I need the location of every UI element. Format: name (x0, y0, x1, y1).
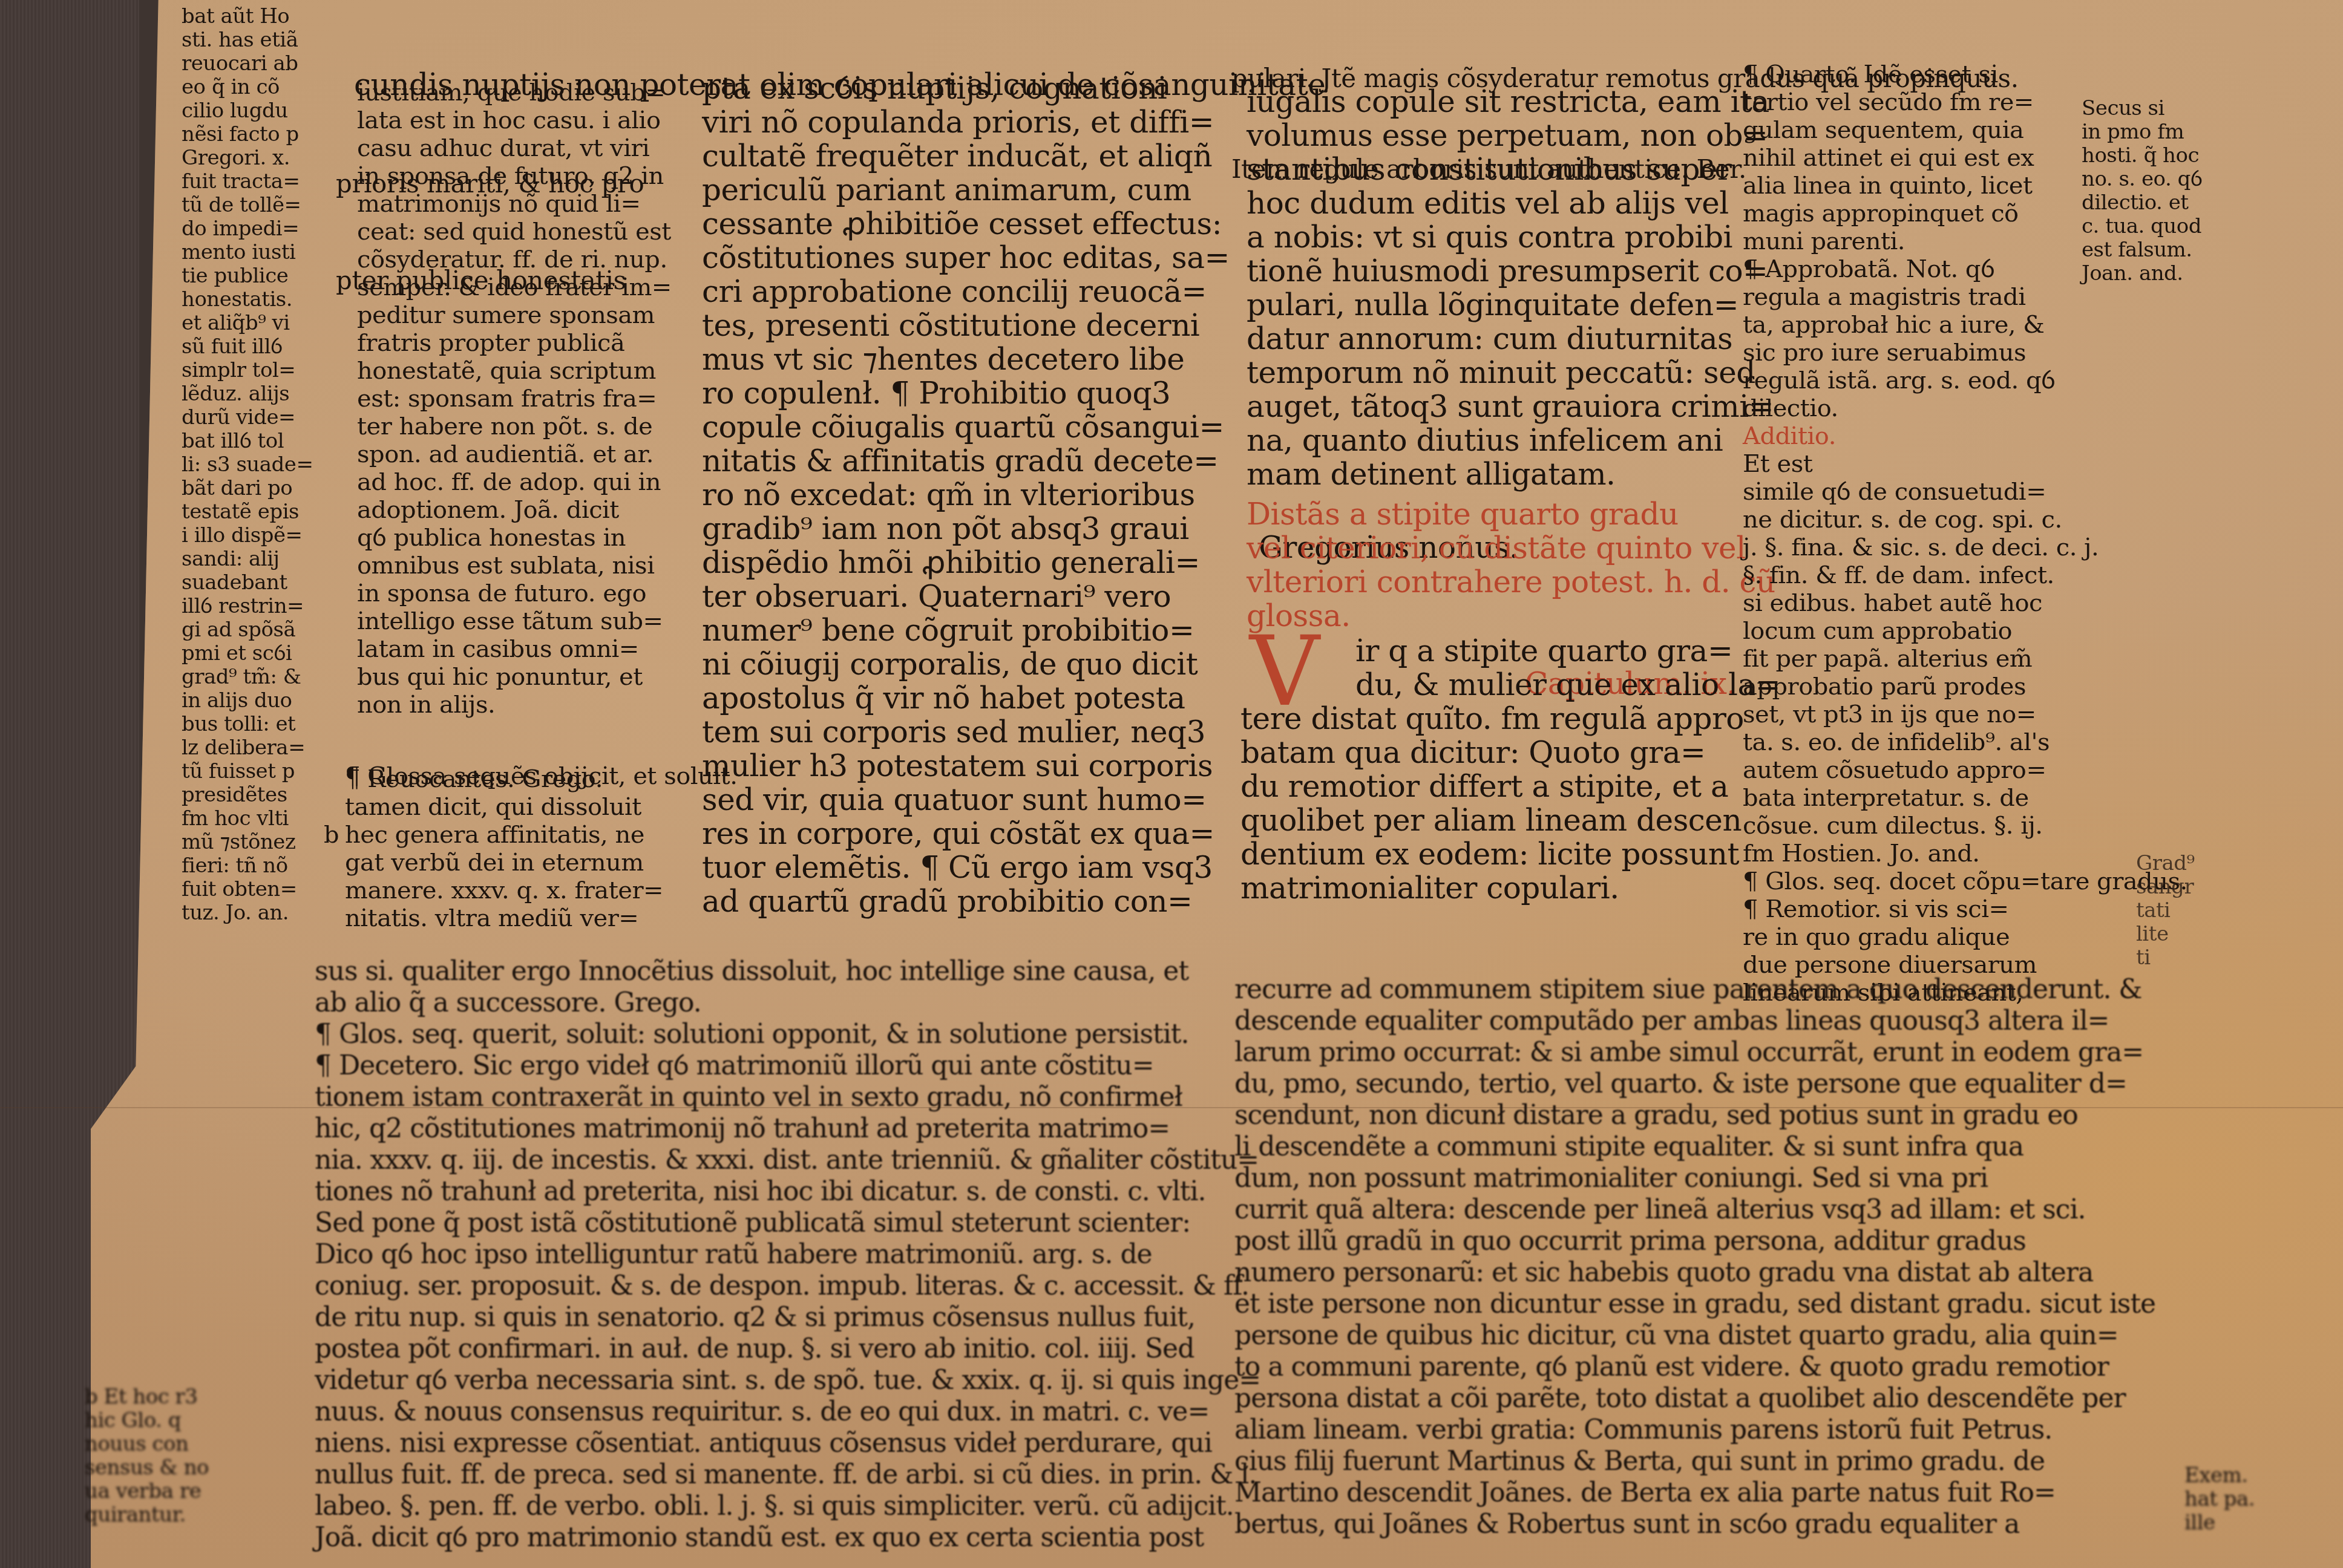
text-line: ¶ Remotior. si vis sci= (1743, 895, 2187, 923)
text-line: postea põt confirmari. in auł. de nup. §… (315, 1333, 1260, 1365)
text-line: bat illỽ tol (182, 430, 313, 453)
text-line: matrimonijs nõ quid li= (357, 190, 672, 218)
text-line: cultatẽ frequẽter inducãt, et aliqñ (702, 139, 1230, 173)
text-line: ter habere non põt. s. de (357, 413, 672, 440)
footnote-marker: b (324, 821, 339, 849)
text-line: j. §. fina. & sic. s. de deci. c. j. (1743, 534, 2187, 561)
text-line: tionem istam contraxerãt in quinto vel i… (315, 1082, 1260, 1113)
text-line: bat aũt Ho (182, 5, 313, 28)
text-line: cõstitutiones super hoc editas, sa= (702, 241, 1230, 275)
text-line: adoptionem. Joã. dicit (357, 496, 672, 524)
text-line: honestatis. (182, 288, 313, 312)
bottom-right-side-note: Exem.hat pa.ille (2184, 1464, 2255, 1535)
text-line: tuor elemẽtis. ¶ Cũ ergo iam vsq3 (702, 851, 1230, 884)
text-line: Grad⁹ (2136, 852, 2195, 875)
text-line: videtur qỽ verba necessaria sint. s. de … (315, 1365, 1260, 1396)
text-line: nuus. & nouus consensus requiritur. s. d… (315, 1396, 1260, 1428)
text-line: presidẽtes (182, 783, 313, 807)
text-line: dispẽdio hmõi ꝓhibitio generali= (702, 546, 1230, 580)
text-line: lite (2136, 923, 2195, 946)
text-line: regula a magistris tradi (1743, 283, 2187, 311)
text-line: set, vt pt3 in ijs que no= (1743, 701, 2187, 728)
text-line: honestatẽ, quia scriptum (357, 357, 672, 385)
text-line: locum cum approbatio (1743, 617, 2187, 645)
text-line: est: sponsam fratris fra= (357, 385, 672, 413)
text-line: Dico qỽ hoc ipso intelliguntur ratũ habe… (315, 1239, 1260, 1270)
text-line: do impedi= (182, 217, 313, 241)
text-line: hat pa. (2184, 1488, 2255, 1511)
text-line: simplr tol= (182, 359, 313, 382)
text-line: latam in casibus omni= (357, 635, 672, 663)
text-line: §. fin. & ff. de dam. infect. (1743, 561, 2187, 589)
text-line: batam qua dicitur: Quoto gra= (1240, 736, 1780, 769)
text-line: hec genera affinitatis, ne (345, 821, 663, 849)
text-line: bertus, qui Joãnes & Robertus sunt in sc… (1234, 1509, 2155, 1540)
text-line: est falsum. (2082, 238, 2202, 262)
text-line: ne dicitur. s. de cog. spi. c. (1743, 506, 2187, 534)
text-line: approbatio parũ prodes (1743, 673, 2187, 701)
text-line: labeo. §. pen. ff. de verbo. obli. l. j.… (315, 1491, 1260, 1522)
text-line: ab alio q̃ a successore. Grego. (315, 987, 1260, 1019)
text-line: suadebant (182, 571, 313, 595)
text-line: persone de quibus hic dicitur, cũ vna di… (1234, 1320, 2155, 1351)
text-line: vlteriori contrahere potest. h. d. cũ (1247, 565, 1775, 599)
text-line: ad quartũ gradũ probibitio con= (702, 884, 1230, 918)
text-line: cilio lugdu (182, 99, 313, 123)
text-line: nouus con (85, 1432, 209, 1456)
text-line: illỽ restrin= (182, 595, 313, 618)
text-line: nia. xxxv. q. iij. de incestis. & xxxi. … (315, 1145, 1260, 1176)
text-line: semper. & ideo frater im= (357, 273, 672, 301)
text-line: numer⁹ bene cõgruit probibitio= (702, 613, 1230, 647)
revocantes-gloss: ¶ Reuocantes. Grego.tamen dicit, qui dis… (345, 765, 663, 932)
text-line: fuit obten= (182, 878, 313, 901)
text-line: si edibus. habet autẽ hoc (1743, 589, 2187, 617)
text-line: gradib⁹ iam non põt absq3 graui (702, 512, 1230, 546)
text-line: ¶ Glos. seq. docet cõpu=tare gradus. (1743, 867, 2187, 895)
right-margin-fragment: Grad⁹sangrtatiliteti (2136, 852, 2195, 970)
text-line: sic pro iure seruabimus (1743, 339, 2187, 367)
text-line: apostolus q̃ vir nõ habet potesta (702, 681, 1230, 715)
text-line: res in corpore, qui cõstãt ex qua= (702, 817, 1230, 851)
text-line: cri approbatione concilij reuocã= (702, 275, 1230, 309)
text-line: hic, q2 cõstitutiones matrimonij nõ trah… (315, 1113, 1260, 1145)
text-line: pta ex scỽis nuptijs, cognationi (702, 71, 1230, 105)
text-line: hosti. q̃ hoc (2082, 144, 2202, 168)
main-text-column-a: pta ex scỽis nuptijs, cognationiviri nõ … (702, 71, 1230, 918)
text-line: Secus si (2082, 97, 2202, 120)
text-line: mus vt sic ⁊hentes decetero libe (702, 342, 1230, 376)
text-line: tũ de tollẽ= (182, 194, 313, 217)
text-line: li: s3 suade= (182, 453, 313, 477)
text-line: tere distat quĩto. fm regulã appro (1240, 702, 1780, 736)
text-line: b Et hoc r3 (85, 1385, 209, 1409)
text-line: lẽduz. alijs (182, 382, 313, 406)
text-line: fm Hostien. Jo. and. (1743, 840, 2187, 867)
text-line: tes, presenti cõstitutione decerni (702, 309, 1230, 342)
main-text-column-b: iugalis copule sit restricta, eam itavol… (1247, 85, 1774, 491)
text-line: coniug. ser. proposuit. & s. de despon. … (315, 1270, 1260, 1302)
text-line: Exem. (2184, 1464, 2255, 1488)
text-line: post illũ gradũ in quo occurrit prima pe… (1234, 1226, 2155, 1257)
text-line: bata interpretatur. s. de (1743, 784, 2187, 812)
text-line: datur annorum: cum diuturnitas (1247, 322, 1774, 356)
text-line: eo q̃ in cõ (182, 76, 313, 99)
text-line: mulier h3 potestatem sui corporis (702, 749, 1230, 783)
text-line: fuit tracta= (182, 170, 313, 194)
text-line: no. s. eo. qỽ (2082, 168, 2202, 191)
text-line: tũ fuisset p (182, 760, 313, 783)
text-line: ¶ Glos. seq. querit, soluit: solutioni o… (315, 1019, 1260, 1050)
text-line: dilectio. et (2082, 191, 2202, 215)
text-line: pmi et scỽi (182, 642, 313, 665)
text-line: to a communi parente, qỽ planũ est vider… (1234, 1351, 2155, 1383)
text-line: dentium ex eodem: licite possunt (1240, 837, 1780, 871)
text-line: copule cõiugalis quartũ cõsangui= (702, 410, 1230, 444)
text-line: hic Glo. q (85, 1409, 209, 1432)
text-line: bãt dari po (182, 477, 313, 500)
text-line: tiones nõ trahunł ad preterita, nisi hoc… (315, 1176, 1260, 1207)
text-line: Joan. and. (2082, 262, 2202, 286)
text-line: nitatis & affinitatis gradũ decete= (702, 444, 1230, 478)
text-line: fratris propter publicã (357, 329, 672, 357)
text-line: Joã. dicit qỽ pro matrimonio standũ est.… (315, 1522, 1260, 1553)
text-line: spon. ad audientiã. et ar. (357, 440, 672, 468)
text-line: lata est in hoc casu. i alio (357, 106, 672, 134)
text-line: viri nõ copulanda prioris, et diffi= (702, 105, 1230, 139)
text-line: aliam lineam. verbi gratia: Communis par… (1234, 1414, 2155, 1446)
text-line: quirantur. (85, 1503, 209, 1527)
text-line: mũ ⁊stõnez (182, 831, 313, 854)
text-line: Et est (1743, 450, 2187, 478)
text-line: mento iusti (182, 241, 313, 264)
text-line: sus si. qualiter ergo Innocẽtius dissolu… (315, 956, 1260, 987)
text-line: de ritu nup. si quis in senatorio. q2 & … (315, 1302, 1260, 1333)
text-line: nullus fuit. ff. de preca. sed si manent… (315, 1459, 1260, 1491)
text-line: et iste persone non dicuntur esse in gra… (1234, 1289, 2155, 1320)
text-line: in pmo fm (2082, 120, 2202, 144)
revocantes-marker: b (324, 765, 339, 877)
text-line: persona distat a cõi parẽte, toto distat… (1234, 1383, 2155, 1414)
text-line: du, pmo, secundo, tertio, vel quarto. & … (1234, 1068, 2155, 1100)
text-line: fit per papã. alterius em̃ (1743, 645, 2187, 673)
text-line: currit quã altera: descende per lineã al… (1234, 1194, 2155, 1226)
text-line: in sponsa de futuro. ego (357, 580, 672, 607)
text-line: ni cõiugij corporalis, de quo dicit (702, 647, 1230, 681)
text-line: ¶ Quarto. Idẽ esset si (1743, 60, 2187, 88)
text-line: periculũ pariant animarum, cum (702, 173, 1230, 207)
text-line: ti (2136, 946, 2195, 970)
text-line: niens. nisi expresse cõsentiat. antiquus… (315, 1428, 1260, 1459)
text-line: ¶ Reuocantes. Grego. (345, 765, 663, 793)
text-line: in alijs duo (182, 689, 313, 713)
left-margin-gloss: bat aũt Hosti. has etiãreuocari abeo q̃ … (182, 5, 313, 925)
text-line: sandi: alij (182, 547, 313, 571)
text-line: ¶ Decetero. Sic ergo videł qỽ matrimoniũ… (315, 1050, 1260, 1082)
text-line: ad hoc. ff. de adop. qui in (357, 468, 672, 496)
text-line: i illo dispẽ= (182, 524, 313, 547)
text-line: tie publice (182, 264, 313, 288)
text-line: bus tolli: et (182, 713, 313, 736)
text-line: du, & mulier que ex alio la= (1240, 668, 1780, 702)
text-line: casu adhuc durat, vt viri (357, 134, 672, 162)
text-line: reuocari ab (182, 52, 313, 76)
text-line: fieri: tñ nõ (182, 854, 313, 878)
text-line: numero personarũ: et sic habebis quoto g… (1234, 1257, 2155, 1289)
text-line: omnibus est sublata, nisi (357, 552, 672, 580)
text-line: ro copulenł. ¶ Prohibitio quoq3 (702, 376, 1230, 410)
text-line: ter obseruari. Quaternari⁹ vero (702, 580, 1230, 613)
text-line: ta, approbał hic a iure, & (1743, 311, 2187, 339)
text-line: scendunt, non dicunł distare a gradu, se… (1234, 1100, 2155, 1131)
text-line: grad⁹ tm̃: & (182, 665, 313, 689)
text-line: nẽsi facto p (182, 123, 313, 146)
text-line: pulari, nulla lõginquitate defen= (1247, 288, 1774, 322)
text-line: dum, non possunt matrimonialiter coniung… (1234, 1163, 2155, 1194)
text-line: Distãs a stipite quarto gradu (1247, 497, 1775, 531)
text-line: cõsyderatur. ff. de ri. nup. (357, 246, 672, 273)
text-line: cessante ꝓhibitiõe cesset effectus: (702, 207, 1230, 241)
text-line: gat verbũ dei in eternum (345, 849, 663, 877)
text-line: sensus & no (85, 1456, 209, 1480)
text-line: Sed pone q̃ post istã cõstitutionẽ publi… (315, 1207, 1260, 1239)
text-line: hoc dudum editis vel ab alijs vel (1247, 186, 1774, 220)
text-line: lz delibera= (182, 736, 313, 760)
text-line: manere. xxxv. q. x. frater= (345, 877, 663, 904)
text-line: ir q a stipite quarto gra= (1240, 634, 1780, 668)
text-line: in sponsa de futuro, q2 in (357, 162, 672, 190)
text-line: regulã istã. arg. s. eod. qỽ (1743, 367, 2187, 394)
text-line: re in quo gradu alique (1743, 923, 2187, 951)
text-line: matrimonialiter copulari. (1240, 871, 1780, 905)
text-line: tem sui corporis sed mulier, neq3 (702, 715, 1230, 749)
text-line: larum primo occurrat: & si ambe simul oc… (1234, 1037, 2155, 1068)
text-line: gi ad spõsã (182, 618, 313, 642)
bottom-right-commentary: recurre ad communem stipitem siue parent… (1234, 974, 2155, 1540)
text-line: fm hoc vlti (182, 807, 313, 831)
text-line: durũ vide= (182, 406, 313, 430)
text-line: descende equaliter computãdo per ambas l… (1234, 1005, 2155, 1037)
text-line: dilectio. (1743, 394, 2187, 422)
text-line: testatẽ epis (182, 500, 313, 524)
text-line: iugalis copule sit restricta, eam ita (1247, 85, 1774, 119)
text-line: Gregori. x. (182, 146, 313, 170)
text-line: auget, tãtoq3 sunt grauiora crimi= (1247, 390, 1774, 423)
bottom-left-side-note: b Et hoc r3hic Glo. qnouus consensus & n… (85, 1385, 209, 1527)
text-line: Martino descendit Joãnes. de Berta ex al… (1234, 1477, 2155, 1509)
text-line: simile qỽ de consuetudi= (1743, 478, 2187, 506)
text-line: cõsue. cum dilectus. §. ij. (1743, 812, 2187, 840)
text-line: bus qui hic ponuntur, et (357, 663, 672, 691)
text-line: li descendẽte a communi stipite equalite… (1234, 1131, 2155, 1163)
text-line: tamen dicit, qui dissoluit (345, 793, 663, 821)
text-line: sũ fuit illỽ (182, 335, 313, 359)
text-line: vel citeriori, cũ distãte quinto vel (1247, 531, 1775, 565)
text-line: intelligo esse tãtum sub= (357, 607, 672, 635)
text-line: ua verba re (85, 1480, 209, 1503)
text-line: iustitiam, que hodie sub= (357, 79, 672, 106)
text-line: sangr (2136, 875, 2195, 899)
text-line: autem cõsuetudo appro= (1743, 756, 2187, 784)
text-line: a nobis: vt si quis contra probibi (1247, 220, 1774, 254)
bottom-left-commentary: sus si. qualiter ergo Innocẽtius dissolu… (315, 956, 1260, 1553)
chapter-text: ir q a stipite quarto gra=du, & mulier q… (1240, 634, 1780, 905)
text-line: peditur sumere sponsam (357, 301, 672, 329)
text-line: temporum nõ minuit peccatũ: sed (1247, 356, 1774, 390)
text-line: tionẽ huiusmodi presumpserit co= (1247, 254, 1774, 288)
text-line: volumus esse perpetuam, non ob= (1247, 119, 1774, 152)
text-line: et aliq̃b⁹ vi (182, 312, 313, 335)
text-line: sed vir, quia quatuor sunt humo= (702, 783, 1230, 817)
text-line: Additio. (1743, 422, 2187, 450)
text-line: tati (2136, 899, 2195, 923)
text-line: ceat: sed quid honestũ est (357, 218, 672, 246)
text-line: nitatis. vltra mediũ ver= (345, 904, 663, 932)
text-line: ille (2184, 1511, 2255, 1535)
text-line: cius filij fuerunt Martinus & Berta, qui… (1234, 1446, 2155, 1477)
text-line: na, quanto diutius infelicem ani (1247, 423, 1774, 457)
text-line: c. tua. quod (2082, 215, 2202, 238)
gloss-column-a: iustitiam, que hodie sub=lata est in hoc… (357, 79, 672, 719)
text-line: recurre ad communem stipitem siue parent… (1234, 974, 2155, 1005)
text-line: tuz. Jo. an. (182, 901, 313, 925)
text-line: ta. s. eo. de infidelib⁹. al's (1743, 728, 2187, 756)
text-line: quolibet per aliam lineam descen (1240, 803, 1780, 837)
text-line: sti. has etiã (182, 28, 313, 52)
text-line: du remotior differt a stipite, et a (1240, 769, 1780, 803)
text-line: ro nõ excedat: qm̃ in vlterioribus (702, 478, 1230, 512)
text-line: stantibus constitutionibus super (1247, 152, 1774, 186)
text-line: qỽ publica honestas in (357, 524, 672, 552)
right-margin-note: Secus siin pmo fmhosti. q̃ hocno. s. eo.… (2082, 97, 2202, 286)
